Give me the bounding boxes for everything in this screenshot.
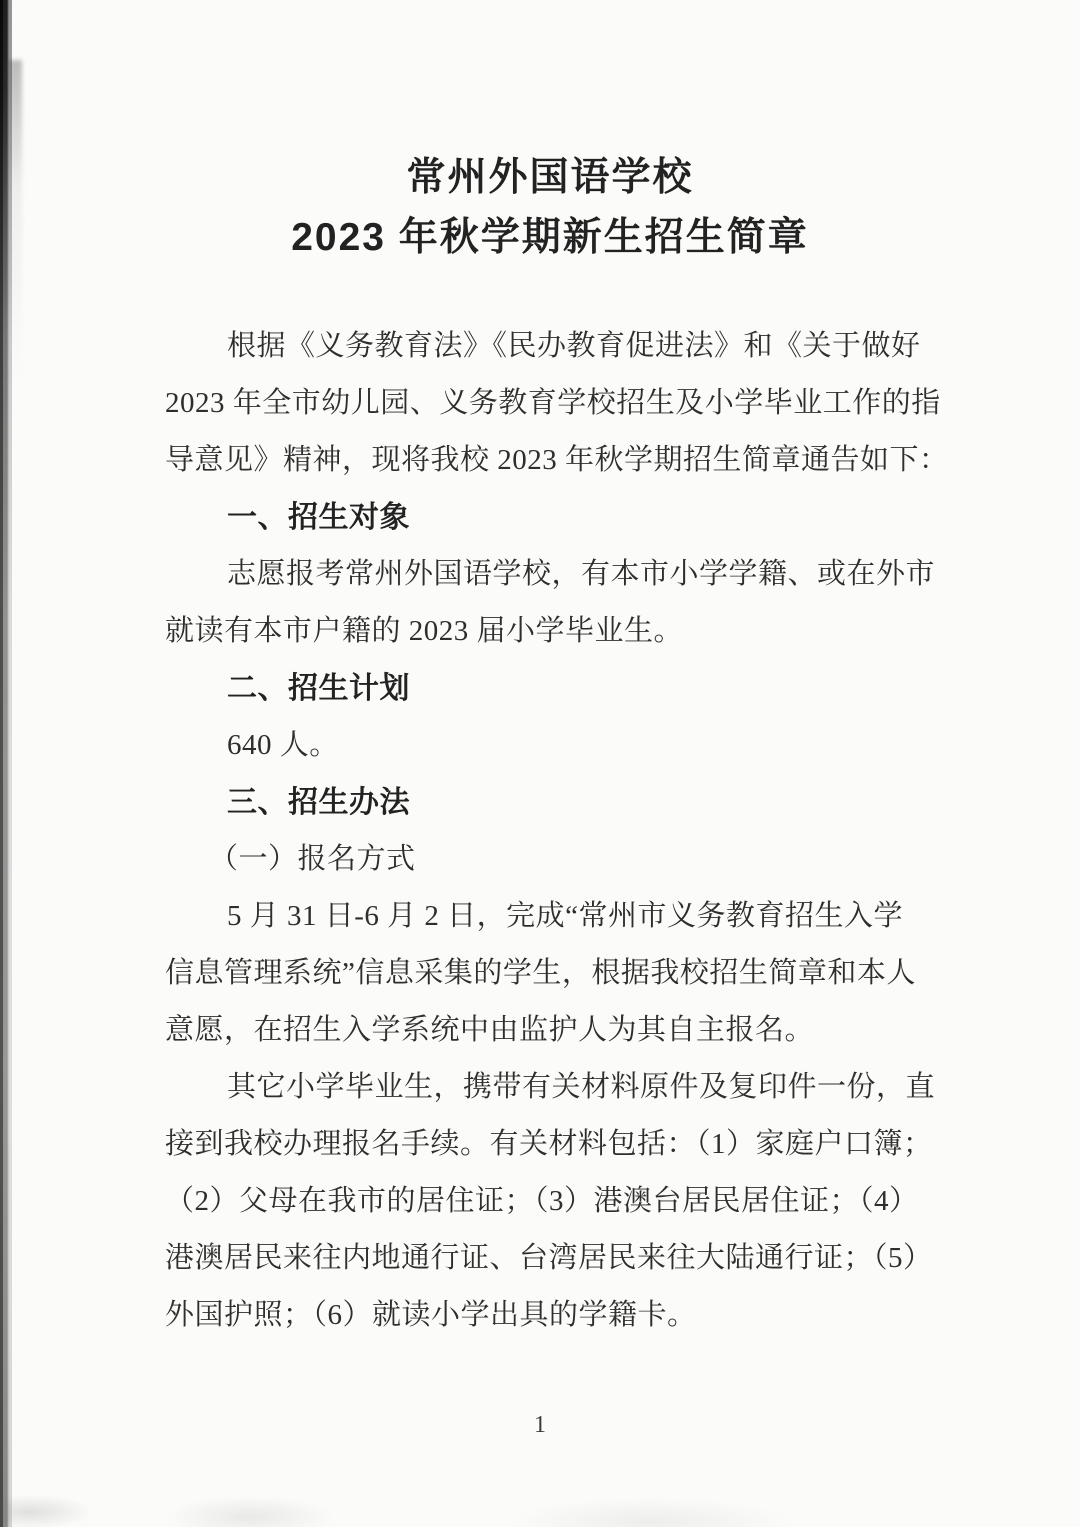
body-text-line: 意愿，在招生入学系统中由监护人为其自主报名。 [165, 1002, 935, 1059]
body-text-line: 就读有本市户籍的 2023 届小学毕业生。 [165, 603, 935, 660]
body-text-line: 640 人。 [165, 717, 935, 774]
scan-smudge [8, 60, 22, 380]
body-text-line: 志愿报考常州外国语学校，有本市小学学籍、或在外市 [165, 546, 935, 603]
section-heading: 一、招生对象 [165, 489, 935, 546]
body-text-line: 导意见》精神，现将我校 2023 年秋学期招生简章通告如下： [165, 432, 935, 489]
body-text-line: 5 月 31 日-6 月 2 日，完成“常州市义务教育招生入学 [165, 888, 935, 945]
body-text-line: 港澳居民来往内地通行证、台湾居民来往大陆通行证；（5） [165, 1230, 935, 1287]
body-text-line: 外国护照；（6）就读小学出具的学籍卡。 [165, 1287, 935, 1344]
page-number: 1 [0, 1412, 1080, 1439]
document-content: 常州外国语学校2023 年秋学期新生招生简章根据《义务教育法》《民办教育促进法》… [165, 148, 935, 1344]
body-text-line: （2）父母在我市的居住证；（3）港澳台居民居住证；（4） [165, 1173, 935, 1230]
section-heading: 三、招生办法 [165, 774, 935, 831]
body-text-line: 根据《义务教育法》《民办教育促进法》和《关于做好 [165, 318, 935, 375]
scan-bottom-smudge [0, 1457, 1080, 1527]
document-title-line: 常州外国语学校 [165, 148, 935, 208]
scanned-page: 常州外国语学校2023 年秋学期新生招生简章根据《义务教育法》《民办教育促进法》… [0, 0, 1080, 1527]
body-text-line: 2023 年全市幼儿园、义务教育学校招生及小学毕业工作的指 [165, 375, 935, 432]
body-text-line: 信息管理系统”信息采集的学生，根据我校招生简章和本人 [165, 945, 935, 1002]
section-heading: 二、招生计划 [165, 660, 935, 717]
body-text-line: 接到我校办理报名手续。有关材料包括：（1）家庭户口簿； [165, 1116, 935, 1173]
document-title-line: 2023 年秋学期新生招生简章 [165, 208, 935, 268]
subsection-heading: （一）报名方式 [165, 831, 935, 888]
body-text-line: 其它小学毕业生，携带有关材料原件及复印件一份，直 [165, 1059, 935, 1116]
